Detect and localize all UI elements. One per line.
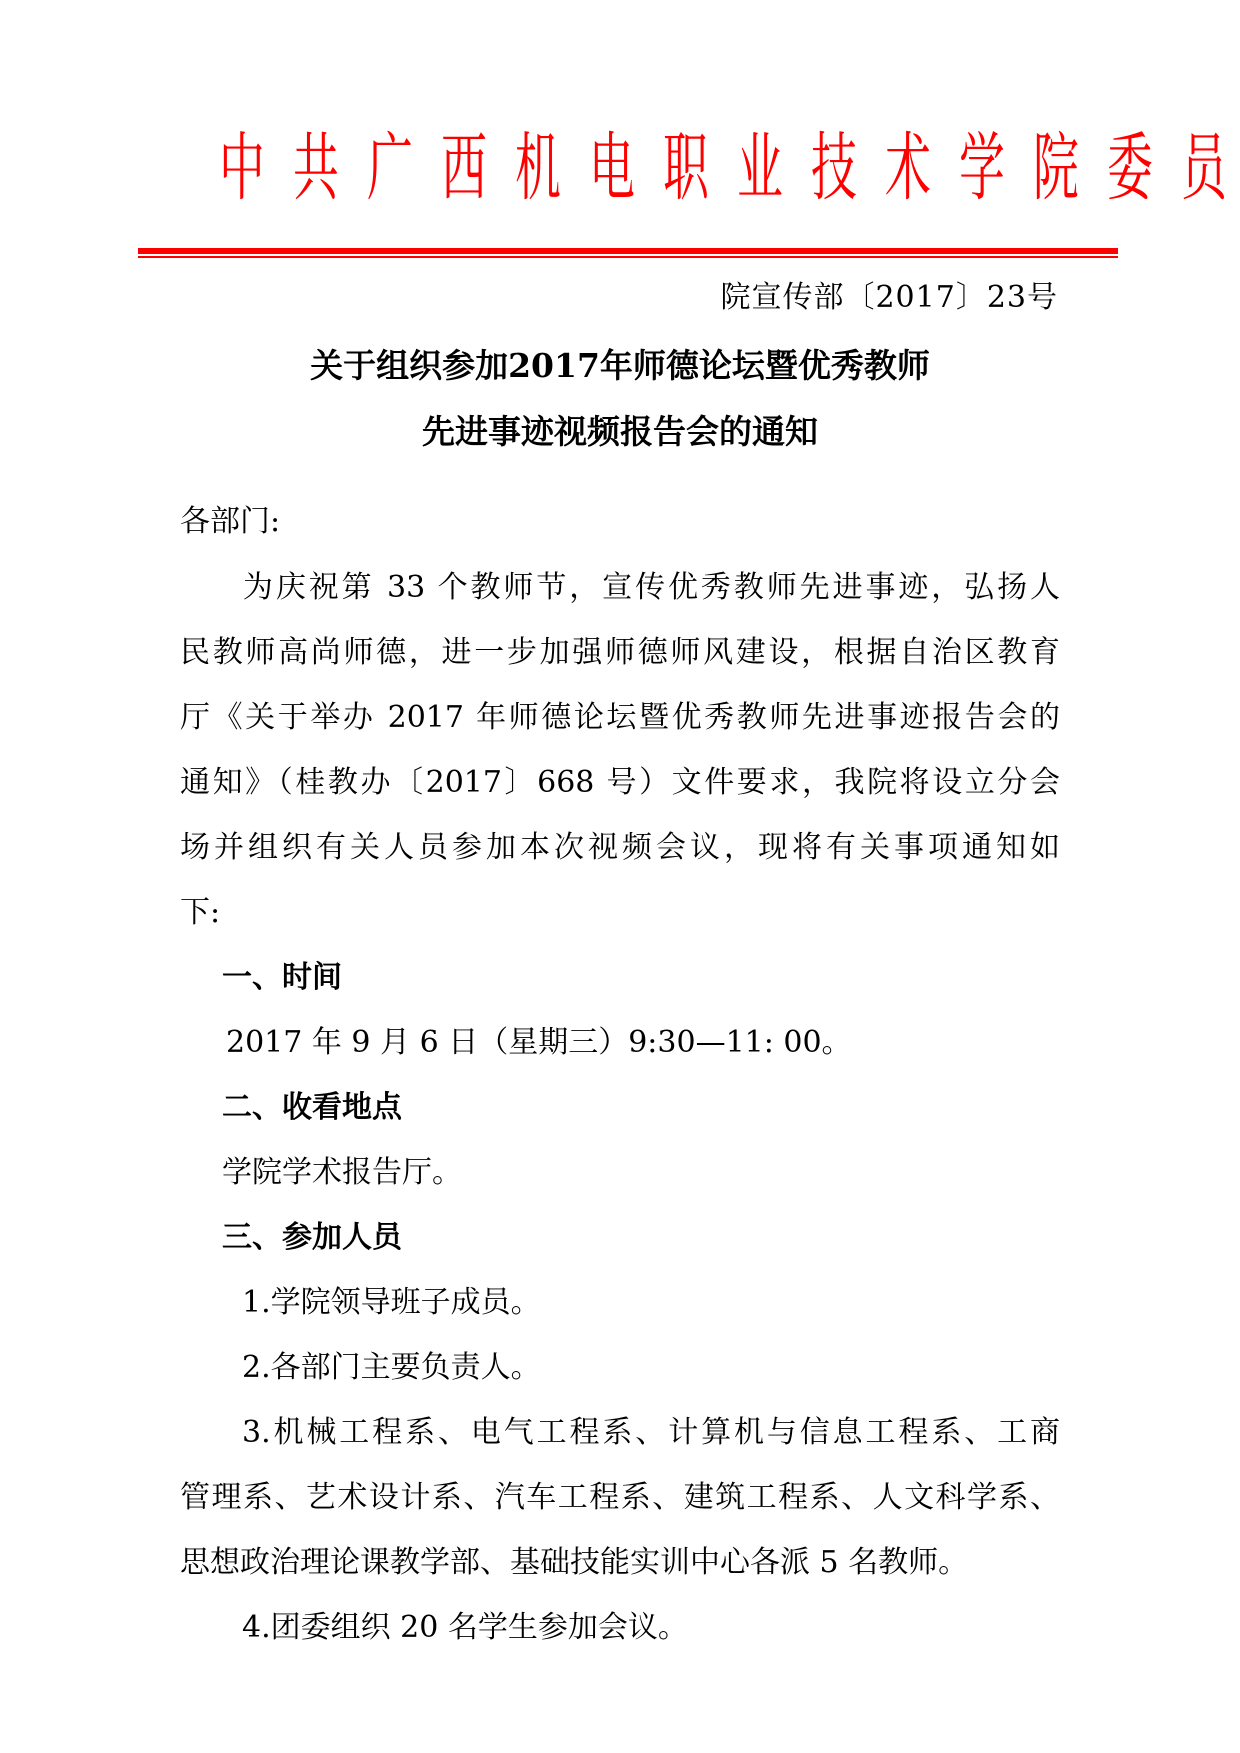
letterhead-char: 业: [737, 118, 783, 218]
attendee-item: 4.团委组织 20 名学生参加会议。: [242, 1608, 688, 1648]
intro-line: 民教师高尚师德，进一步加强师德师风建设，根据自治区教育: [180, 633, 1060, 673]
attendee-item: 1.学院领导班子成员。: [242, 1283, 541, 1323]
document-title-line-1: 关于组织参加2017年师德论坛暨优秀教师: [0, 344, 1240, 388]
letterhead-char: 职: [663, 118, 709, 218]
letterhead-title: 中 共 广 西 机 电 职 业 技 术 学 院 委 员 会: [205, 118, 1025, 218]
letterhead-char: 电: [589, 118, 635, 218]
letterhead-char: 学: [959, 118, 1005, 218]
letterhead-char: 员: [1181, 118, 1227, 218]
letterhead-divider-thick: [138, 248, 1118, 254]
salutation: 各部门:: [180, 502, 280, 542]
intro-line: 为庆祝第 33 个教师节，宣传优秀教师先进事迹，弘扬人: [210, 568, 1060, 608]
letterhead-char: 技: [811, 118, 857, 218]
letterhead-char: 西: [441, 118, 487, 218]
letterhead-char: 广: [367, 118, 413, 218]
section-heading-attendees: 三、参加人员: [222, 1218, 402, 1258]
section-heading-venue: 二、收看地点: [222, 1088, 402, 1128]
section-heading-time: 一、时间: [222, 958, 342, 998]
letterhead-char: 中: [219, 118, 265, 218]
letterhead-char: 院: [1033, 118, 1079, 218]
intro-line: 厅《关于举办 2017 年师德论坛暨优秀教师先进事迹报告会的: [180, 698, 1060, 738]
intro-line: 场并组织有关人员参加本次视频会议，现将有关事项通知如: [180, 828, 1060, 868]
attendee-item: 2.各部门主要负责人。: [242, 1348, 541, 1388]
document-title-line-2: 先进事迹视频报告会的通知: [0, 410, 1240, 454]
letterhead-char: 委: [1107, 118, 1153, 218]
attendee-item-cont: 管理系、艺术设计系、汽车工程系、建筑工程系、人文科学系、: [180, 1478, 1060, 1518]
document-number: 院宣传部〔2017〕23号: [720, 278, 1058, 318]
attendee-item-cont: 思想政治理论课教学部、基础技能实训中心各派 5 名教师。: [180, 1543, 968, 1583]
letterhead-divider-thin: [138, 256, 1118, 258]
intro-line: 下:: [180, 893, 220, 933]
section-content-time: 2017 年 9 月 6 日（星期三）9:30—11: 00。: [226, 1023, 852, 1063]
letterhead-char: 术: [885, 118, 931, 218]
intro-line: 通知》（桂教办〔2017〕668 号）文件要求，我院将设立分会: [180, 763, 1060, 803]
section-content-venue: 学院学术报告厅。: [222, 1153, 462, 1193]
attendee-item: 3.机械工程系、电气工程系、计算机与信息工程系、工商: [242, 1413, 1060, 1453]
letterhead-char: 共: [293, 118, 339, 218]
letterhead-char: 机: [515, 118, 561, 218]
